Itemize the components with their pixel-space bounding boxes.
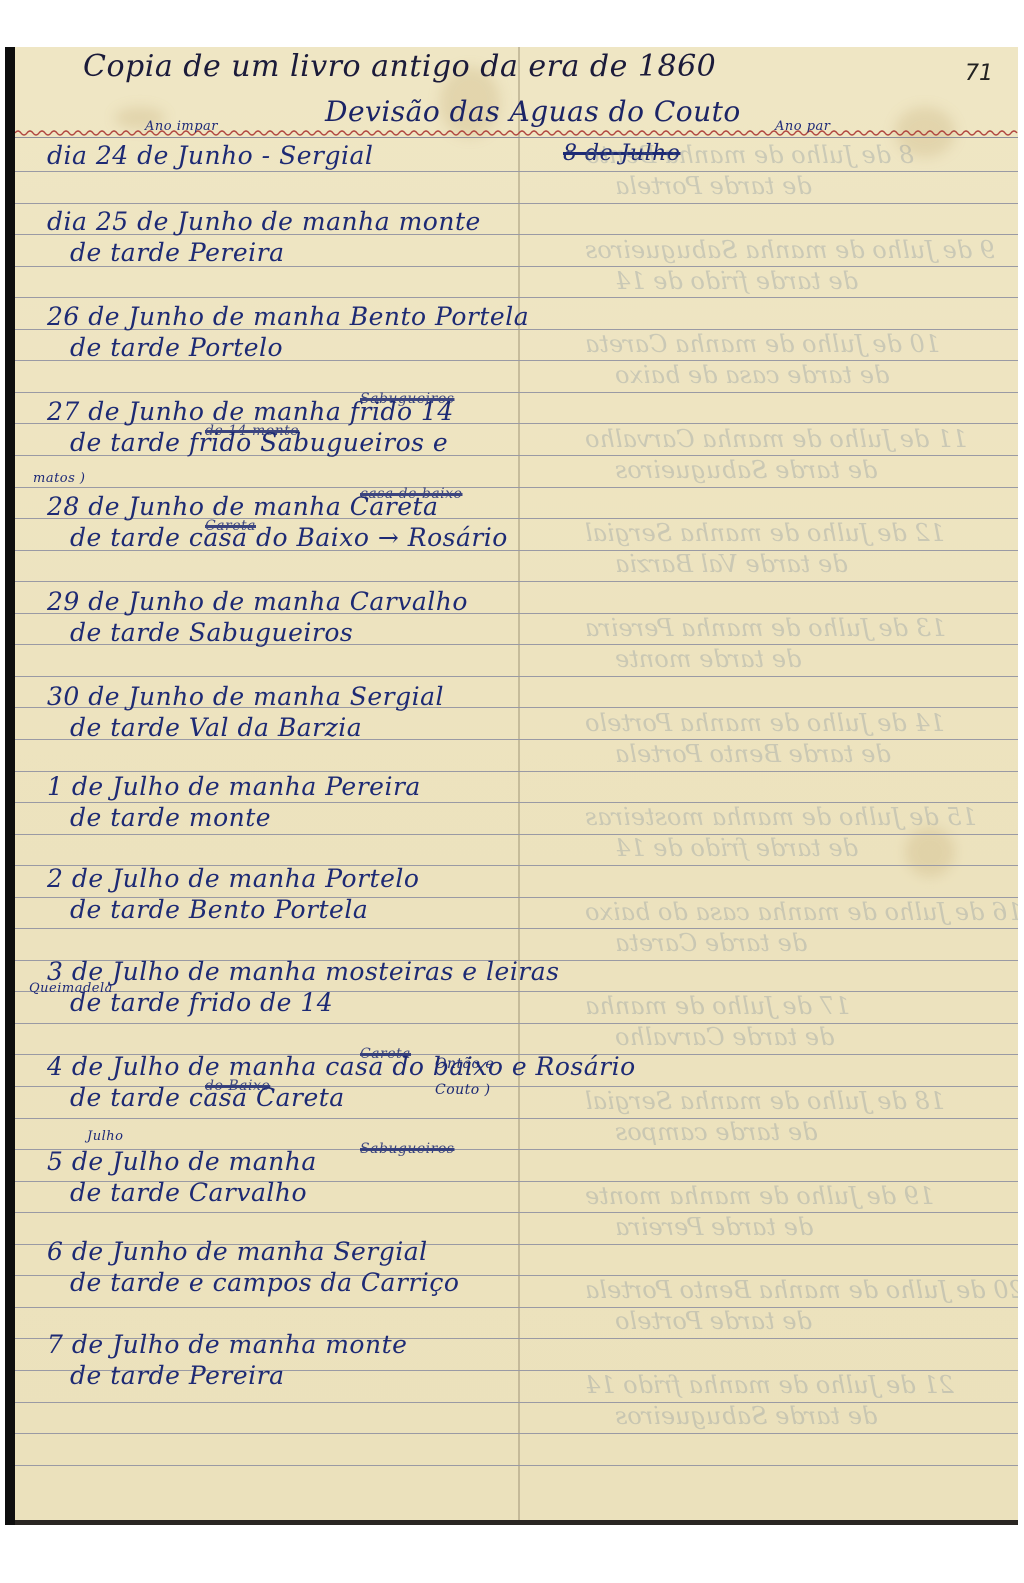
- ruled-line: [15, 1023, 1018, 1024]
- struck-correction: de 14 monte: [205, 423, 299, 439]
- bleed-through-line: de tarde frido de 14: [615, 834, 858, 862]
- entry-afternoon-line: de tarde Sabugueiros: [70, 618, 353, 647]
- bleed-through-line: 19 de Julho de manha monte: [585, 1182, 934, 1210]
- bleed-through-line: de tarde Bento Portela: [615, 740, 891, 768]
- bleed-through-line: 12 de Julho de manha Sergial: [585, 519, 945, 547]
- entry-afternoon-line: de tarde casa do Baixo → Rosário: [70, 523, 508, 552]
- page-number: 71: [965, 61, 993, 86]
- ruled-line: [15, 1118, 1018, 1119]
- struck-correction: casa de baixo: [360, 486, 462, 502]
- bleed-through-line: de tarde Carvalho: [615, 1023, 834, 1051]
- bleed-through-line: de tarde Careta: [615, 929, 807, 957]
- ruled-line: [15, 392, 1018, 393]
- bleed-through-line: 20 de Julho de manha Bento Portela: [585, 1276, 1018, 1304]
- entry-morning-line: 7 de Julho de manha monte: [47, 1330, 407, 1359]
- entry-morning-line: 26 de Junho de manha Bento Portela: [47, 302, 529, 331]
- ruled-line: [15, 487, 1018, 488]
- bleed-through-line: 15 de Julho de manha mosteiras: [585, 803, 977, 831]
- inserted-note: Ontão e: [435, 1056, 494, 1072]
- bleed-through-line: de tarde Sabugueiros: [615, 1402, 877, 1430]
- ruled-line: [15, 834, 1018, 835]
- entry-morning-line: 3 de Julho de manha mosteiras e leiras: [47, 957, 560, 986]
- entry-afternoon-line: de tarde Portelo: [70, 333, 283, 362]
- entry-afternoon-line: de tarde monte: [70, 803, 271, 832]
- entry-afternoon-line: de tarde e campos da Carriço: [70, 1268, 459, 1297]
- entry-morning-line: 1 de Julho de manha Pereira: [47, 772, 421, 801]
- bleed-through-line: 18 de Julho de manha Sergial: [585, 1087, 945, 1115]
- page-title: Copia de um livro antigo da era de 1860: [83, 49, 716, 84]
- ruled-line: [15, 297, 1018, 298]
- bleed-through-line: 13 de Julho de manha Pereira: [585, 614, 946, 642]
- bleed-through-line: 14 de Julho de manha Portelo: [585, 709, 945, 737]
- struck-correction: Sabugueiros: [360, 391, 454, 407]
- entry-afternoon-line: de tarde Carvalho: [70, 1178, 307, 1207]
- ruled-line: [15, 928, 1018, 929]
- bleed-through-line: de tarde casa de baixo: [615, 361, 889, 389]
- page-subtitle: Devisão das Aguas do Couto: [325, 95, 741, 128]
- ruled-line: [15, 1307, 1018, 1308]
- bleed-through-line: 17 de Julho de manha: [585, 992, 850, 1020]
- entry-morning-line: 30 de Junho de manha Sergial: [47, 682, 444, 711]
- bleed-through-line: de tarde monte: [615, 645, 801, 673]
- bleed-through-line: de tarde campos: [615, 1118, 817, 1146]
- ruled-line: [15, 1212, 1018, 1213]
- struck-correction: Careta: [360, 1046, 411, 1062]
- entry-afternoon-line: de tarde Pereira: [70, 238, 284, 267]
- bleed-through-line: de tarde Pereira: [615, 1213, 813, 1241]
- header-rule: [15, 137, 1018, 138]
- bleed-through-line: de tarde frido de 14: [615, 267, 858, 295]
- inserted-note: Couto ): [435, 1082, 491, 1098]
- ruled-line: [15, 1433, 1018, 1434]
- inserted-note: Julho: [87, 1129, 123, 1144]
- notebook-page: Copia de um livro antigo da era de 1860 …: [15, 47, 1018, 1525]
- ruled-line: [15, 676, 1018, 677]
- struck-correction: Careta: [205, 518, 256, 534]
- entry-morning-line: 6 de Junho de manha Sergial: [47, 1237, 428, 1266]
- margin-note: Queimadela: [29, 981, 113, 996]
- bleed-through-line: de tarde Portela: [615, 172, 812, 200]
- entry-morning-line: 2 de Julho de manha Portelo: [47, 864, 419, 893]
- bleed-through-line: de tarde Sabugueiros: [615, 456, 877, 484]
- bleed-through-line: 8 de Julho de manha Bento: [585, 141, 914, 169]
- ruled-line: [15, 1465, 1018, 1466]
- struck-correction: Sabugueiros: [360, 1141, 454, 1157]
- page-fold: [518, 47, 520, 1525]
- entry-morning-line: dia 25 de Junho de manha monte: [47, 207, 481, 236]
- bleed-through-line: 21 de Julho de manha frido 14: [585, 1371, 954, 1399]
- bleed-through-line: 11 de Julho de manha Carvalho: [585, 425, 967, 453]
- entry-afternoon-line: de tarde Bento Portela: [70, 895, 368, 924]
- ruled-line: [15, 581, 1018, 582]
- bleed-through-line: de tarde Portelo: [615, 1307, 812, 1335]
- entry-afternoon-line: de tarde Val da Barzia: [70, 713, 362, 742]
- bleed-through-line: de tarde Val Barzia: [615, 550, 848, 578]
- entry-morning-line: 5 de Julho de manha: [47, 1147, 317, 1176]
- entry-continuation: matos ): [33, 471, 86, 486]
- column-label-left: Ano impar: [145, 119, 218, 134]
- entry-morning-line: 4 de Julho de manha casa do baixo e Rosá…: [47, 1052, 636, 1081]
- entry-morning-line: dia 24 de Junho - Sergial: [47, 141, 373, 170]
- bleed-through-line: 10 de Julho de manha Careta: [585, 330, 940, 358]
- bleed-through-line: 9 de Julho de manha Sabugueiros: [585, 236, 995, 264]
- column-label-right: Ano par: [775, 119, 831, 134]
- entry-morning-line: 29 de Junho de manha Carvalho: [47, 587, 468, 616]
- ruled-line: [15, 171, 1018, 172]
- ruled-line: [15, 203, 1018, 204]
- entry-afternoon-line: de tarde Pereira: [70, 1361, 284, 1390]
- bleed-through-line: 16 de Julho de manha casa do baixo: [585, 898, 1018, 926]
- struck-correction: do Baixo: [205, 1078, 270, 1094]
